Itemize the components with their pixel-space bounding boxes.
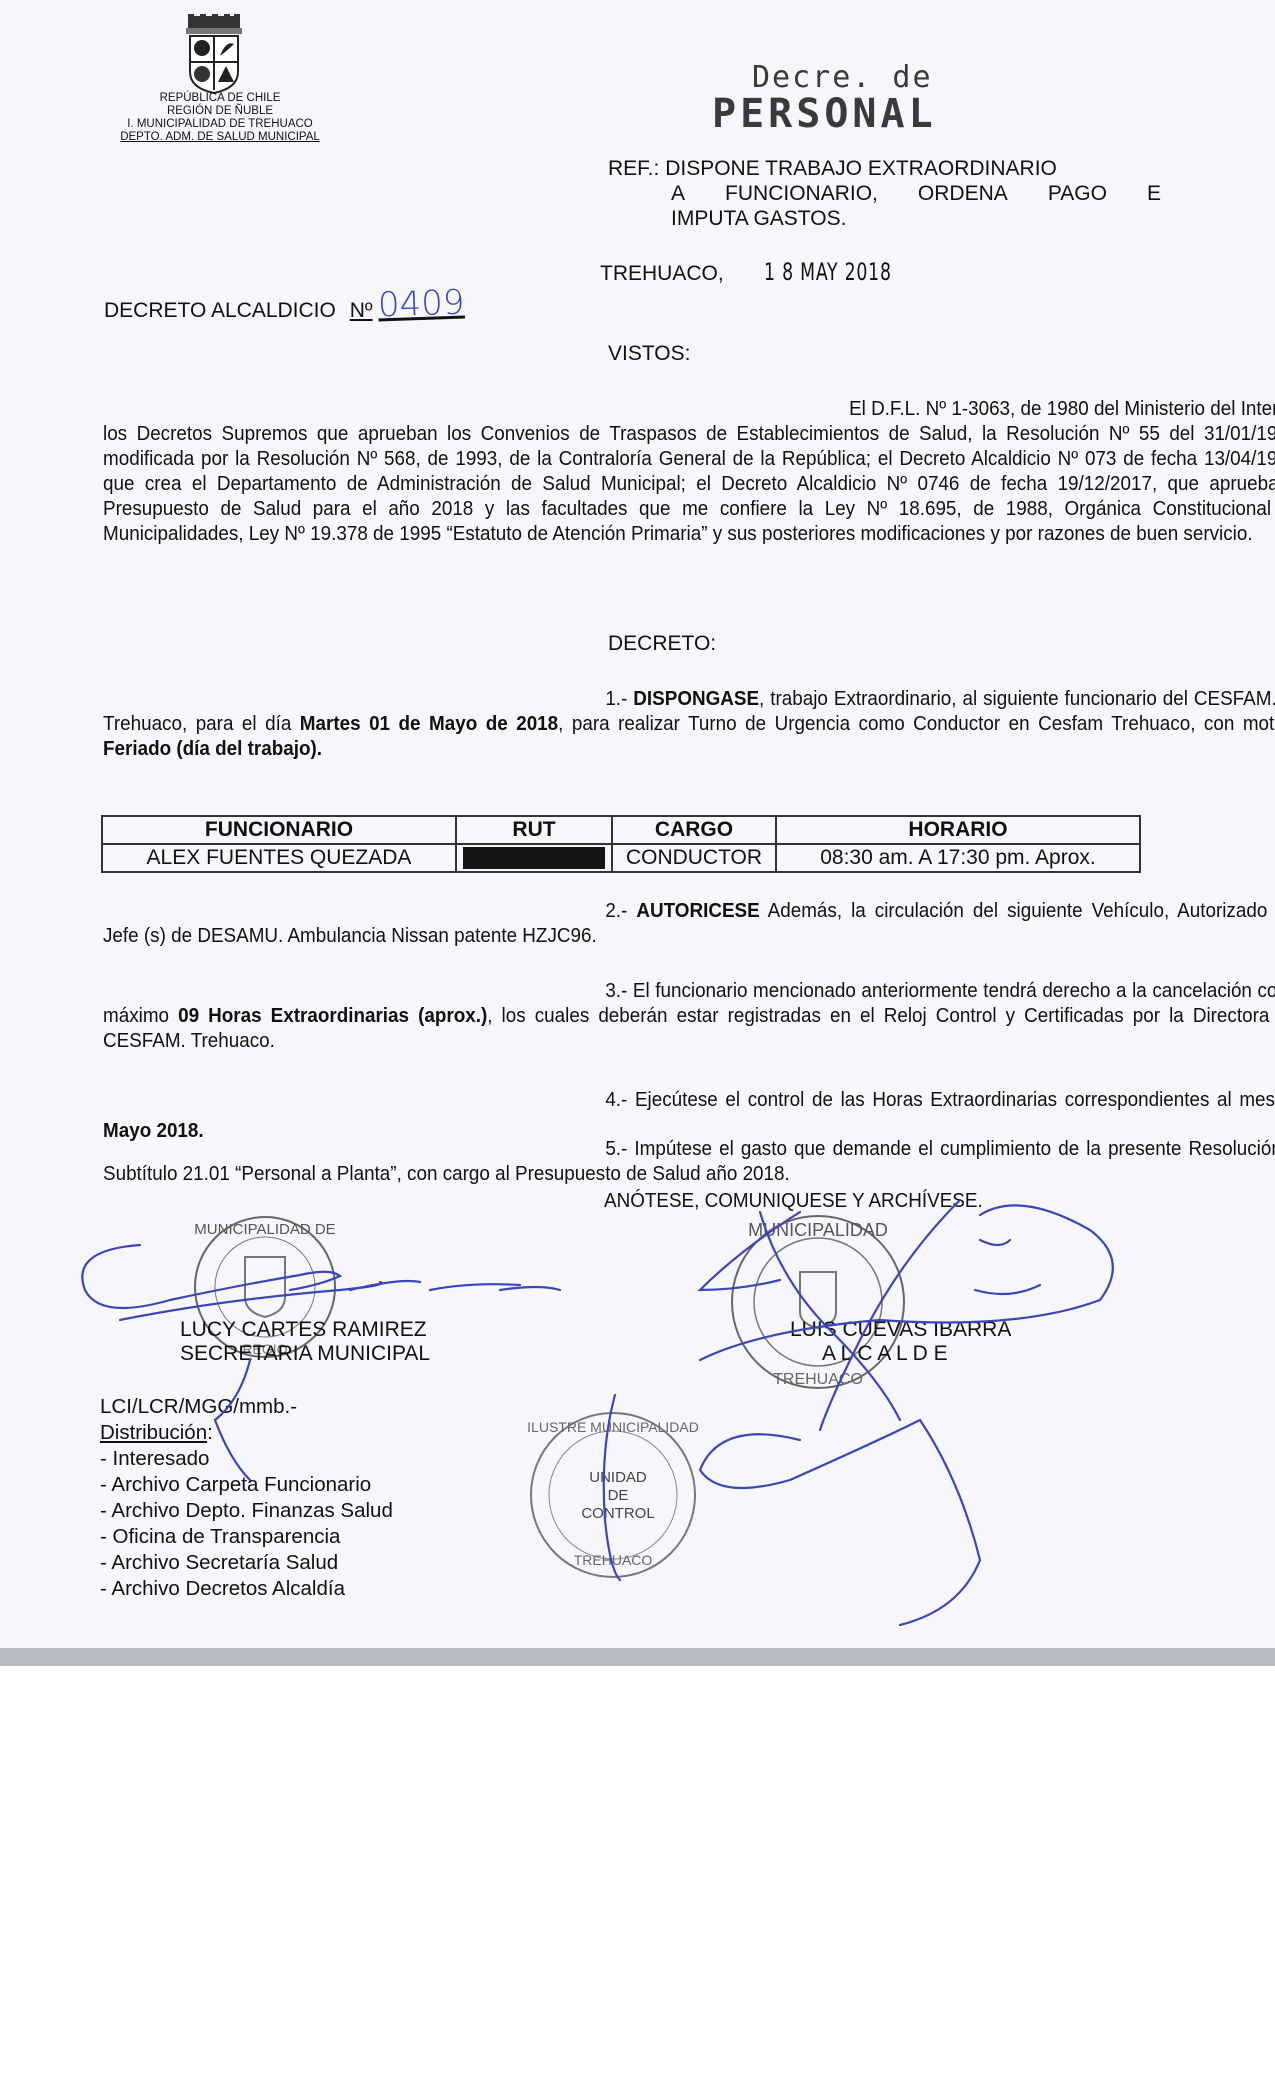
cell-cargo: CONDUCTOR (612, 844, 776, 872)
column-header: RUT (456, 816, 612, 844)
letterhead-country: REPÚBLICA DE CHILE (100, 92, 340, 105)
reference-line-2: A FUNCIONARIO, ORDENA PAGO E (671, 181, 1161, 206)
ref-word: ORDENA (918, 181, 1008, 206)
decree-item-2: 2.- AUTORICESE Además, la circulación de… (103, 898, 1275, 948)
distribution-item: - Interesado (100, 1446, 393, 1472)
table-header-row: FUNCIONARIO RUT CARGO HORARIO (102, 816, 1140, 844)
item-number: 4.- (605, 1088, 627, 1111)
item-number: 1.- (605, 687, 627, 710)
distribution-block: LCI/LCR/MGG/mmb.- Distribución: - Intere… (100, 1394, 393, 1602)
decreto-heading: DECRETO: (608, 632, 716, 656)
item-bold: DISPONGASE (633, 687, 759, 710)
item-number: 2.- (605, 899, 627, 922)
scanned-document-page: REPÚBLICA DE CHILE REGIÓN DE ÑUBLE I. MU… (0, 0, 1275, 1648)
decree-item-1: 1.- DISPONGASE, trabajo Extraordinario, … (103, 686, 1275, 761)
distribution-item: - Archivo Secretaría Salud (100, 1550, 393, 1576)
ref-word: FUNCIONARIO, (725, 181, 878, 206)
reference-block: REF.: DISPONE TRABAJO EXTRAORDINARIO A F… (608, 156, 1161, 231)
ref-word: PAGO (1048, 181, 1107, 206)
typist-initials: LCI/LCR/MGG/mmb.- (100, 1394, 393, 1420)
table-row: ALEX FUENTES QUEZADA CONDUCTOR 08:30 am.… (102, 844, 1140, 872)
stamp-line-1: Decre. de (752, 60, 937, 95)
place-date: TREHUACO, 1 8 MAY 2018 (600, 258, 923, 286)
municipal-coat-of-arms-icon (182, 14, 246, 94)
svg-text:MUNICIPALIDAD: MUNICIPALIDAD (748, 1220, 888, 1240)
vistos-heading: VISTOS: (608, 342, 690, 366)
item-number: 5.- (605, 1137, 627, 1160)
mayor-seal-icon: MUNICIPALIDAD TREHUACO (728, 1212, 908, 1402)
decree-item-3: 3.- El funcionario mencionado anteriorme… (103, 978, 1275, 1053)
letterhead: REPÚBLICA DE CHILE REGIÓN DE ÑUBLE I. MU… (100, 92, 340, 144)
control-unit-seal-icon: ILUSTRE MUNICIPALIDAD UNIDAD DE CONTROL … (528, 1410, 698, 1580)
reference-line-3: IMPUTA GASTOS. (608, 206, 1161, 231)
stamp-line-2: PERSONAL (712, 91, 937, 137)
mayor-name: LUIS CUEVAS IBARRA (790, 1318, 1011, 1342)
closing-formula: ANÓTESE, COMUNIQUESE Y ARCHÍVESE. (604, 1188, 983, 1213)
vistos-body: los Decretos Supremos que aprueban los C… (103, 421, 1275, 546)
distribution-item: - Archivo Decretos Alcaldía (100, 1576, 393, 1602)
decree-item-5: 5.- Impútese el gasto que demande el cum… (103, 1136, 1275, 1186)
mayor-title: A L C A L D E (790, 1342, 1011, 1366)
letterhead-region: REGIÓN DE ÑUBLE (100, 105, 340, 118)
svg-text:ILUSTRE MUNICIPALIDAD: ILUSTRE MUNICIPALIDAD (528, 1419, 698, 1435)
item-bold: Feriado (día del trabajo). (103, 737, 322, 760)
item-bold: Martes 01 de Mayo de 2018 (300, 712, 558, 735)
decree-title: DECRETO ALCALDICIO (104, 299, 336, 322)
letterhead-department: DEPTO. ADM. DE SALUD MUNICIPAL (100, 131, 340, 144)
decree-number-handwritten: 0409 (378, 283, 466, 326)
scan-bottom-edge (0, 1648, 1275, 1666)
vistos-first-line: El D.F.L. Nº 1-3063, de 1980 del Ministe… (103, 396, 1275, 421)
cell-funcionario: ALEX FUENTES QUEZADA (102, 844, 456, 872)
decree-number-line: DECRETO ALCALDICIO Nº 0409 (104, 284, 465, 324)
secretary-name: LUCY CARTES RAMIREZ (180, 1318, 430, 1342)
mayor-signature-block: LUIS CUEVAS IBARRA A L C A L D E (790, 1318, 1011, 1366)
secretary-title: SECRETARIA MUNICIPAL (180, 1342, 430, 1366)
svg-text:CONTROL: CONTROL (581, 1505, 654, 1522)
ref-word: A (671, 181, 685, 206)
reference-line-1: DISPONE TRABAJO EXTRAORDINARIO (665, 157, 1057, 180)
secretary-signature-block: LUCY CARTES RAMIREZ SECRETARIA MUNICIPAL (180, 1318, 430, 1366)
decree-number-label: Nº (350, 299, 373, 322)
staff-table: FUNCIONARIO RUT CARGO HORARIO ALEX FUENT… (101, 815, 1141, 873)
item-text: Ejecútese el control de las Horas Extrao… (627, 1088, 1275, 1111)
svg-text:UNIDAD: UNIDAD (589, 1469, 647, 1486)
item-text: , para realizar Turno de Urgencia como C… (558, 712, 1275, 735)
decree-place: TREHUACO, (600, 262, 724, 285)
distribution-item: - Archivo Carpeta Funcionario (100, 1472, 393, 1498)
svg-text:TREHUACO: TREHUACO (574, 1552, 653, 1568)
item-number: 3.- (605, 979, 627, 1002)
item-bold: AUTORICESE (636, 899, 759, 922)
column-header: FUNCIONARIO (102, 816, 456, 844)
distribution-item: - Archivo Depto. Finanzas Salud (100, 1498, 393, 1524)
distribution-item: - Oficina de Transparencia (100, 1524, 393, 1550)
cell-horario: 08:30 am. A 17:30 pm. Aprox. (776, 844, 1140, 872)
vistos-paragraph: El D.F.L. Nº 1-3063, de 1980 del Ministe… (103, 396, 1275, 546)
item-text: Impútese el gasto que demande el cumplim… (103, 1137, 1275, 1185)
ref-word: E (1147, 181, 1161, 206)
svg-text:TREHUACO: TREHUACO (773, 1371, 863, 1388)
svg-text:DE: DE (608, 1487, 629, 1504)
item-bold: 09 Horas Extraordinarias (aprox.) (178, 1004, 487, 1027)
svg-text:MUNICIPALIDAD DE: MUNICIPALIDAD DE (194, 1221, 335, 1238)
cell-rut (456, 844, 612, 872)
letterhead-municipality: I. MUNICIPALIDAD DE TREHUACO (100, 118, 340, 131)
redaction-mark (463, 847, 605, 869)
distribution-label: Distribución (100, 1421, 207, 1444)
reference-label: REF.: (608, 157, 659, 180)
personal-decree-stamp: Decre. de PERSONAL (712, 60, 937, 137)
column-header: CARGO (612, 816, 776, 844)
date-stamp: 1 8 MAY 2018 (764, 258, 892, 286)
column-header: HORARIO (776, 816, 1140, 844)
